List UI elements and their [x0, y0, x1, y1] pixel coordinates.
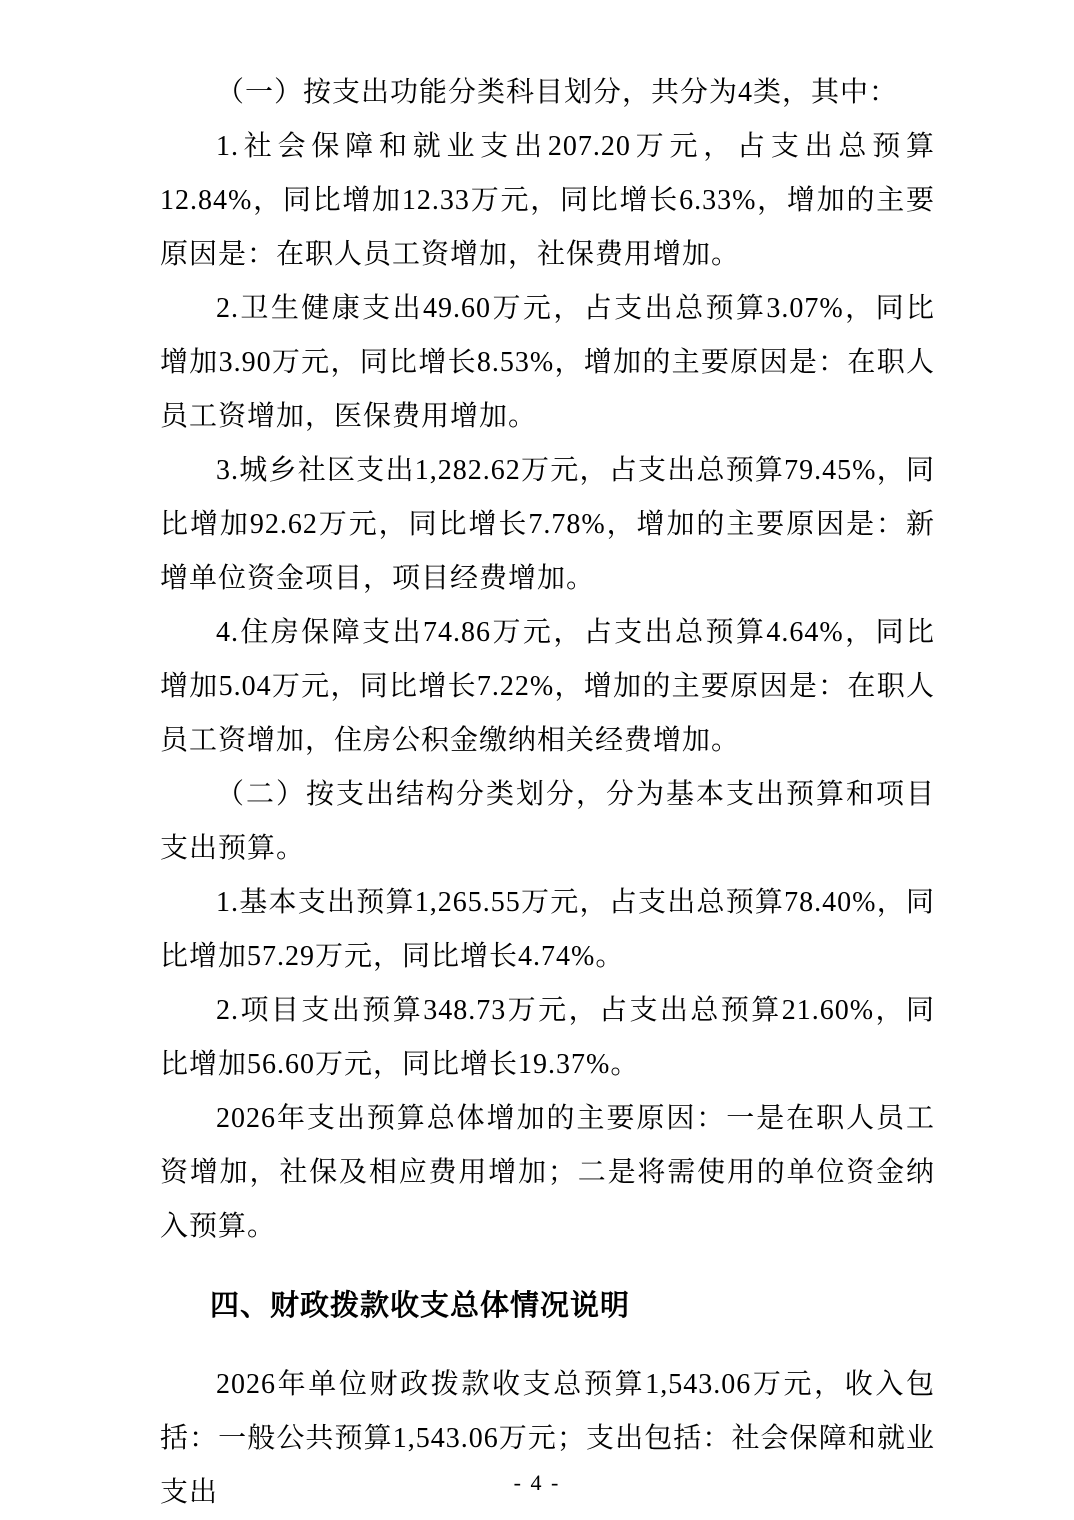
paragraph-basic-expense-budget: 1.基本支出预算1,265.55万元，占支出总预算78.40%，同比增加57.2… [160, 876, 935, 984]
paragraph-project-expense-budget: 2.项目支出预算348.73万元，占支出总预算21.60%，同比增加56.60万… [160, 984, 935, 1092]
paragraph-health-expense: 2.卫生健康支出49.60万元，占支出总预算3.07%，同比增加3.90万元，同… [160, 282, 935, 444]
page-number: - 4 - [0, 1470, 1074, 1496]
section-heading-fiscal-appropriation-overview: 四、财政拨款收支总体情况说明 [160, 1279, 935, 1333]
document-page: （一）按支出功能分类科目划分，共分为4类，其中： 1.社会保障和就业支出207.… [0, 0, 1074, 1520]
paragraph-urban-rural-community-expense: 3.城乡社区支出1,282.62万元，占支出总预算79.45%，同比增加92.6… [160, 444, 935, 606]
page-content: （一）按支出功能分类科目划分，共分为4类，其中： 1.社会保障和就业支出207.… [160, 66, 935, 1520]
paragraph-expense-function-classification-intro: （一）按支出功能分类科目划分，共分为4类，其中： [160, 66, 935, 120]
paragraph-expense-structure-classification-intro: （二）按支出结构分类划分，分为基本支出预算和项目支出预算。 [160, 768, 935, 876]
paragraph-social-security-employment-expense: 1.社会保障和就业支出207.20万元，占支出总预算12.84%，同比增加12.… [160, 120, 935, 282]
paragraph-housing-security-expense: 4.住房保障支出74.86万元，占支出总预算4.64%，同比增加5.04万元，同… [160, 606, 935, 768]
paragraph-expense-increase-reasons: 2026年支出预算总体增加的主要原因：一是在职人员工资增加，社保及相应费用增加；… [160, 1092, 935, 1254]
